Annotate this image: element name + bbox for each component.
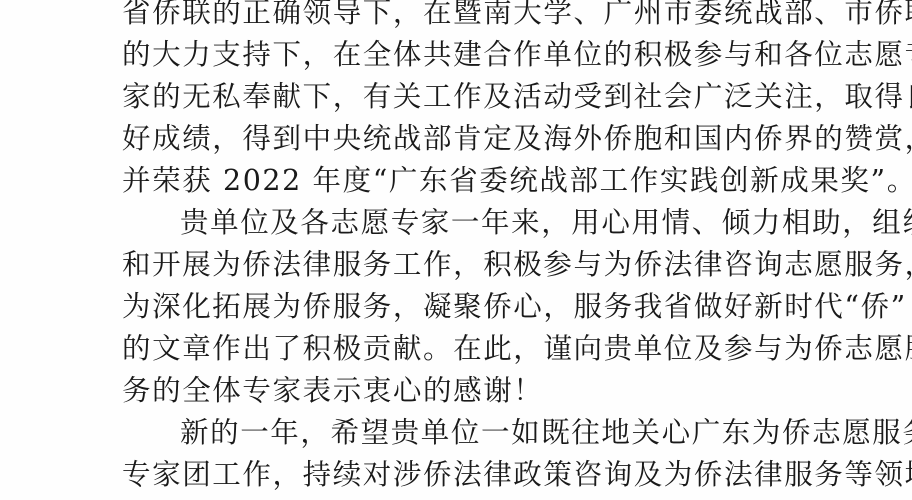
paragraph-3-line-2: 专家团工作，持续对涉侨法律政策咨询及为侨法律服务等领域: [122, 454, 802, 496]
paragraph-2-line-3: 为深化拓展为侨服务，凝聚侨心，服务我省做好新时代“侨”: [122, 286, 802, 328]
paragraph-1-line-4: 好成绩，得到中央统战部肯定及海外侨胞和国内侨界的赞赏，: [122, 118, 802, 160]
paragraph-1-line-2: 的大力支持下，在全体共建合作单位的积极参与和各位志愿专: [122, 34, 802, 76]
paragraph-2-line-2: 和开展为侨法律服务工作，积极参与为侨法律咨询志愿服务，: [122, 244, 802, 286]
paragraph-2-line-5: 务的全体专家表示衷心的感谢！: [122, 370, 802, 412]
document-page: 省侨联的正确领导下，在暨南大学、广州市委统战部、市侨联 的大力支持下，在全体共建…: [0, 0, 912, 500]
paragraph-3-line-1: 新的一年，希望贵单位一如既往地关心广东为侨志愿服务: [122, 412, 802, 454]
paragraph-1-line-1: 省侨联的正确领导下，在暨南大学、广州市委统战部、市侨联: [122, 0, 802, 34]
paragraph-2-line-1: 贵单位及各志愿专家一年来，用心用情、倾力相助，组织: [122, 202, 802, 244]
paragraph-2-line-4: 的文章作出了积极贡献。在此，谨向贵单位及参与为侨志愿服: [122, 328, 802, 370]
paragraph-1-line-5: 并荣获 2022 年度“广东省委统战部工作实践创新成果奖”。: [122, 160, 802, 202]
paragraph-1-line-3: 家的无私奉献下，有关工作及活动受到社会广泛关注，取得良: [122, 76, 802, 118]
